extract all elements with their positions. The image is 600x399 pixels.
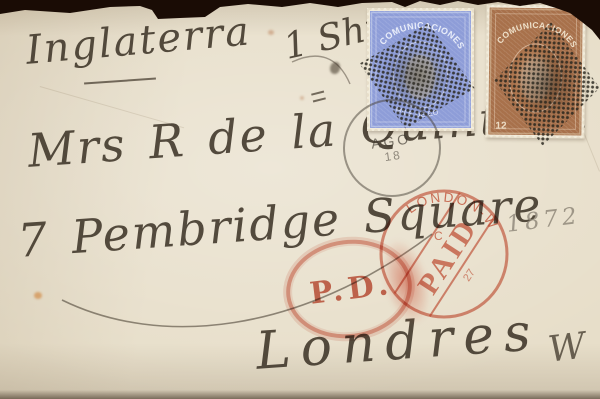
handwriting-city-suffix: W bbox=[546, 325, 588, 370]
pd-text: P.D. bbox=[303, 266, 395, 312]
handwriting-equals-mark bbox=[311, 91, 326, 103]
photo-background: Inglaterra 1 Shn Mrs R de la Quintana 7 … bbox=[0, 0, 600, 399]
foxing-speck bbox=[34, 292, 42, 299]
handwriting-underline bbox=[84, 77, 156, 84]
handwriting-destination: Inglaterra bbox=[24, 8, 253, 73]
london-paid-date: 27 bbox=[461, 267, 478, 284]
stamp-brown-denomination: 12 bbox=[495, 121, 507, 132]
envelope: Inglaterra 1 Shn Mrs R de la Quintana 7 … bbox=[0, 0, 600, 399]
cds-day: 18 bbox=[384, 148, 403, 164]
foxing-speck bbox=[330, 62, 340, 74]
foxing-speck bbox=[300, 96, 304, 100]
foxing-speck bbox=[268, 30, 274, 35]
envelope-bottom-shadow bbox=[0, 390, 600, 399]
